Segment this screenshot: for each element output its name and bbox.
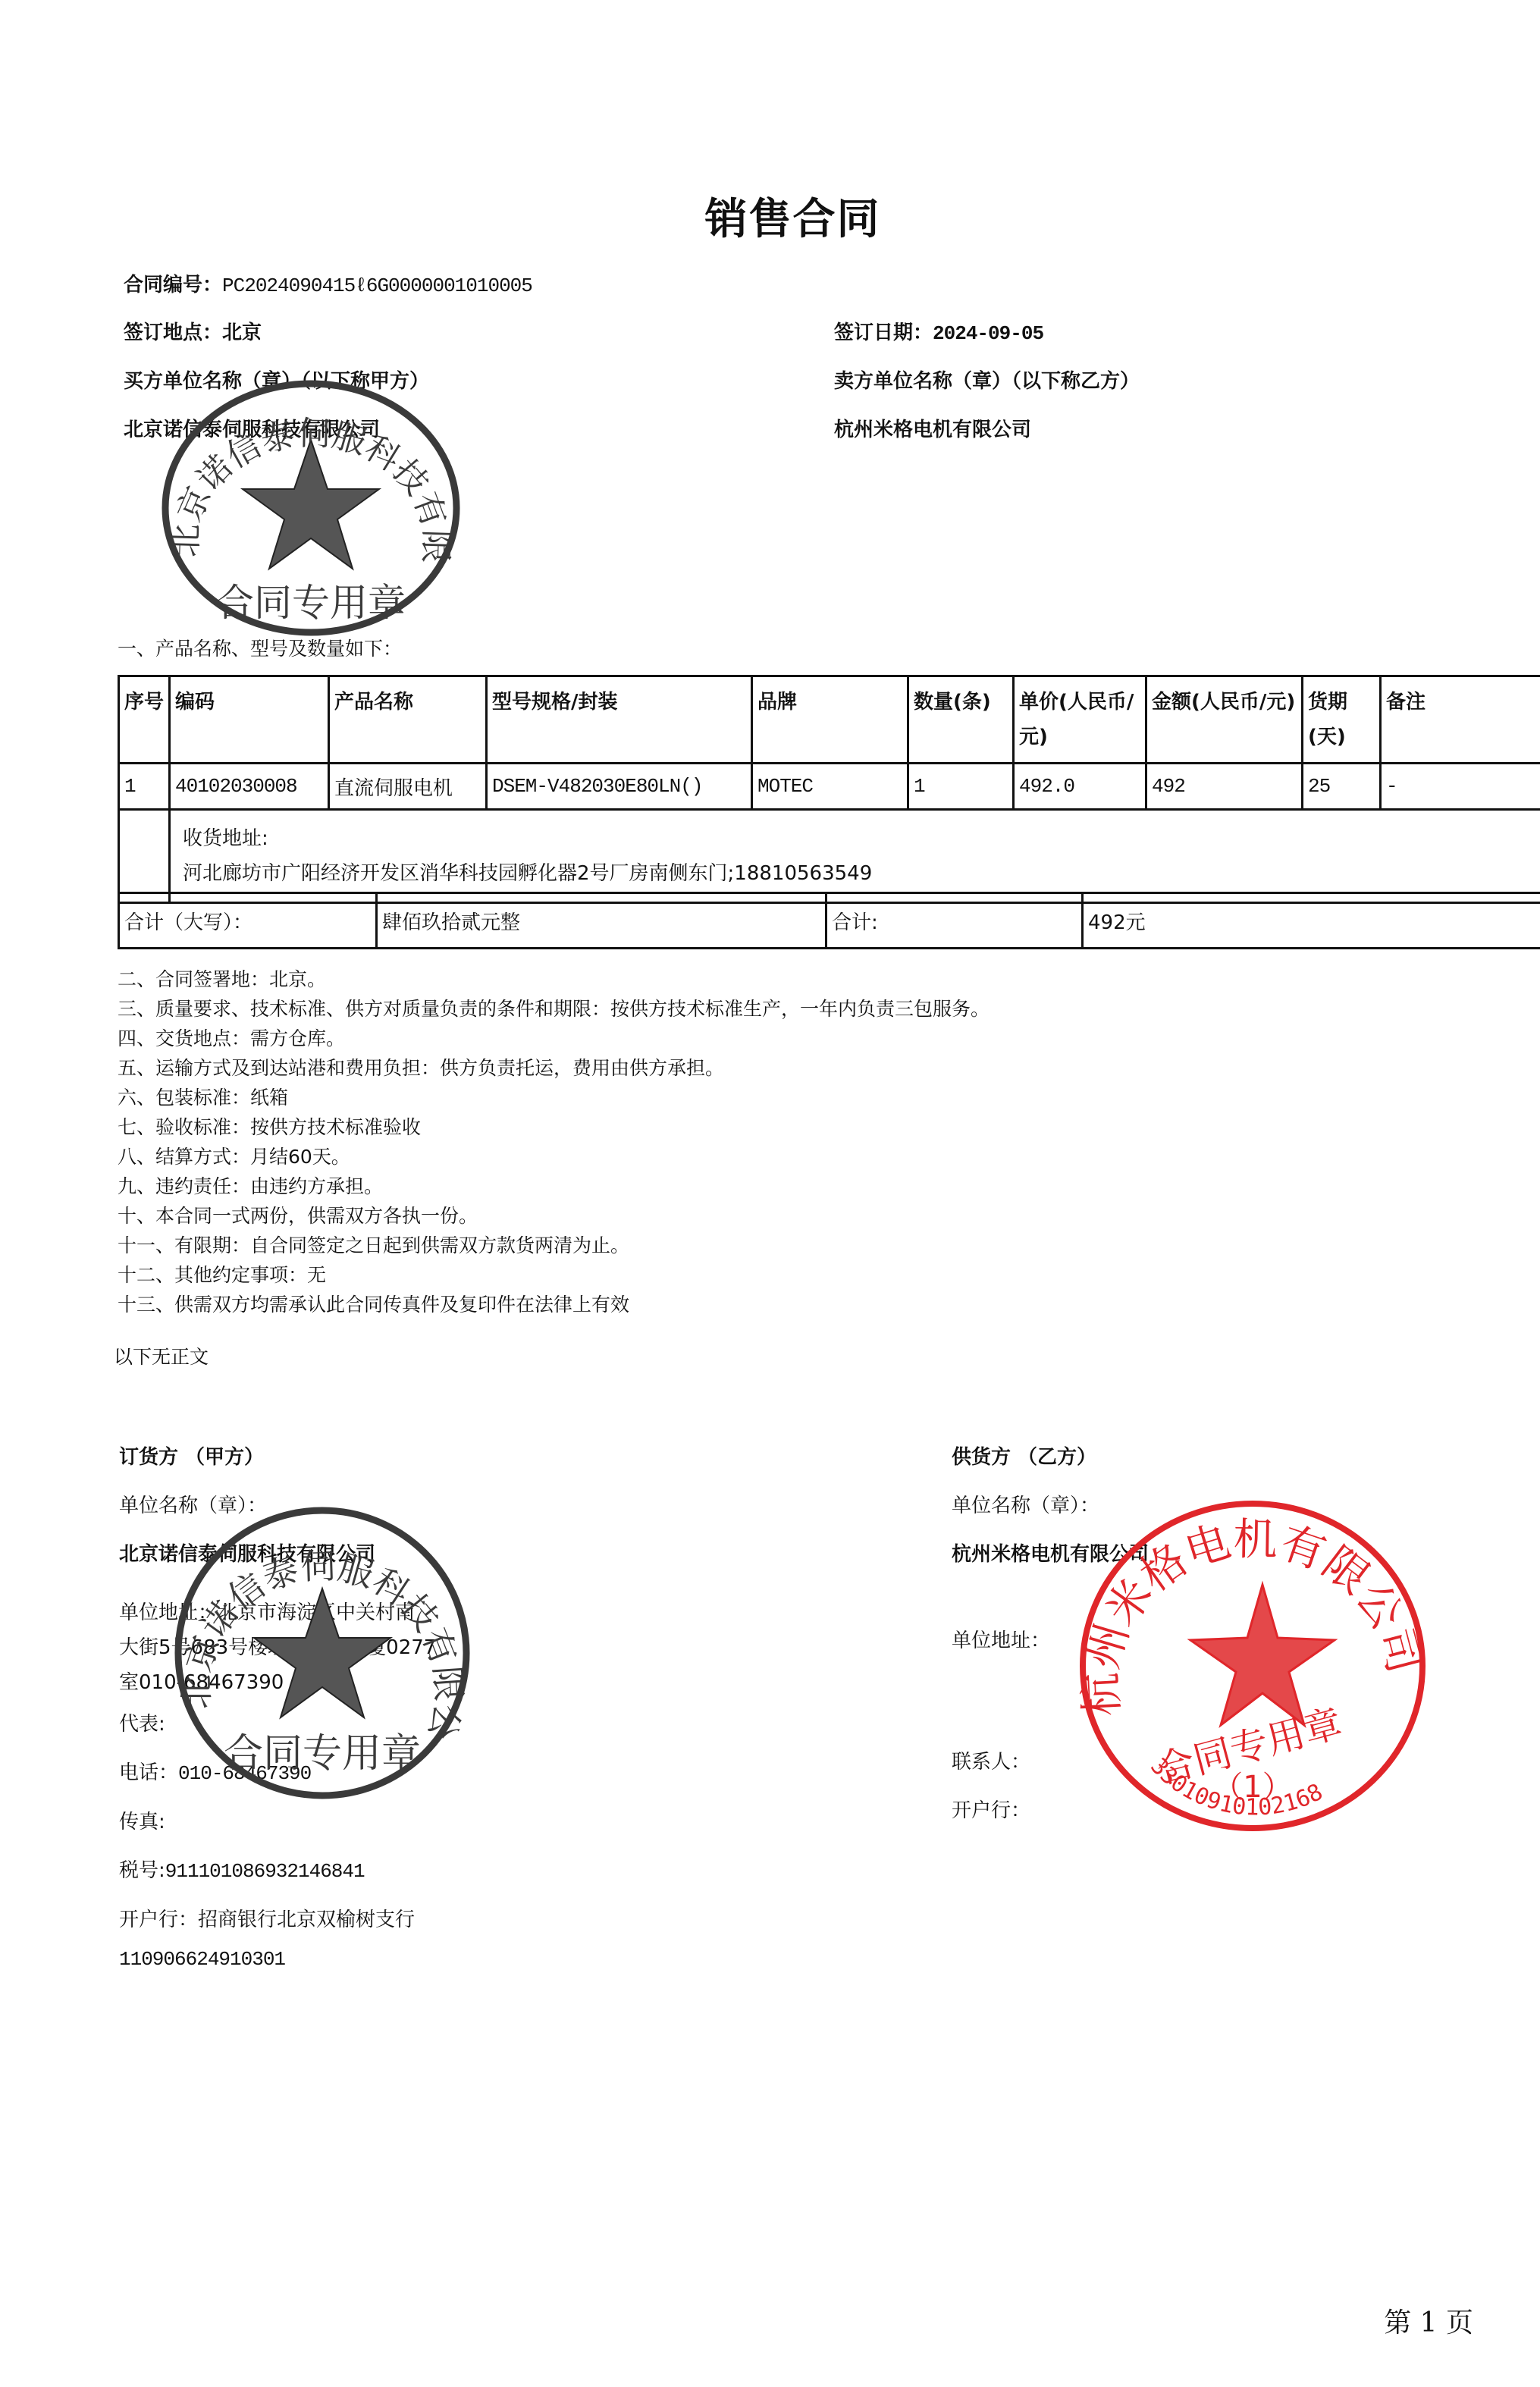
buyer-phone-value: 010-68467390 [178, 1762, 311, 1785]
sign-date: 签订日期：2024-09-05 [834, 317, 1043, 345]
header-remark: 备注 [1381, 676, 1540, 764]
clause-4: 四、交货地点：需方仓库。 [118, 1024, 990, 1053]
cell-unit-price: 492.0 [1014, 764, 1146, 810]
cell-amount: 492 [1146, 764, 1303, 810]
header-seq: 序号 [119, 676, 170, 764]
buyer-bank-value: 招商银行北京双榆树支行 [198, 1909, 415, 1931]
seller-bank-label: 开户行： [952, 1786, 1149, 1835]
header-model: 型号规格/封装 [487, 676, 752, 764]
clause-7: 七、验收标准：按供方技术标准验收 [118, 1112, 990, 1142]
header-code: 编码 [170, 676, 329, 764]
seller-address-label: 单位地址： [952, 1617, 1149, 1665]
buyer-address-line2: 大街5号683号楼理工科技大厦0277 [119, 1630, 436, 1665]
seller-contact-label: 联系人： [952, 1738, 1149, 1786]
sign-place-label: 签订地点： [124, 322, 222, 344]
seller-party-heading: 供货方 （乙方） [952, 1433, 1149, 1482]
contract-clauses: 二、合同签署地：北京。 三、质量要求、技术标准、供方对质量负责的条件和期限：按供… [118, 965, 990, 1319]
buyer-party-name-label: 单位名称（章）： [119, 1482, 436, 1530]
header-quantity: 数量(条) [908, 676, 1014, 764]
seller-party: 供货方 （乙方） 单位名称（章）： 杭州米格电机有限公司 单位地址： 联系人： … [952, 1433, 1149, 1835]
total-label: 合计: [826, 893, 1083, 949]
buyer-address-line1: 单位地址：北京市海淀区中关村南 [119, 1595, 436, 1630]
items-table: 序号 编码 产品名称 型号规格/封装 品牌 数量(条) 单价(人民币/元) 金额… [118, 675, 1540, 904]
header-unit-price: 单价(人民币/元) [1014, 676, 1146, 764]
cell-brand: MOTEC [752, 764, 908, 810]
delivery-row: 收货地址: 河北廊坊市广阳经济开发区消华科技园孵化器2号厂房南侧东门;18810… [119, 810, 1540, 903]
seller-party-name-label: 单位名称（章）： [952, 1482, 1149, 1530]
clause-9: 九、违约责任：由违约方承担。 [118, 1172, 990, 1201]
buyer-party-name: 北京诺信泰伺服科技有限公司 [119, 1530, 436, 1579]
sign-date-value: 2024-09-05 [933, 322, 1043, 345]
total-value: 492元 [1083, 893, 1540, 949]
clause-6: 六、包装标准：纸箱 [118, 1083, 990, 1112]
buyer-phone-label: 电话： [119, 1761, 178, 1784]
svg-text:北京诺信泰伺服科技有限公司: 北京诺信泰伺服科技有限公司 [159, 379, 456, 563]
header-amount: 金额(人民币/元) [1146, 676, 1303, 764]
clause-3: 三、质量要求、技术标准、供方对质量负责的条件和期限：按供方技术标准生产，一年内负… [118, 994, 990, 1024]
header-lead-time: 货期(天) [1303, 676, 1381, 764]
header-product-name: 产品名称 [329, 676, 487, 764]
cell-lead-time: 25 [1303, 764, 1381, 810]
buyer-rep-label: 代表: [119, 1700, 436, 1749]
seller-name: 杭州米格电机有限公司 [834, 414, 1031, 442]
cell-quantity: 1 [908, 764, 1014, 810]
sign-place: 签订地点：北京 [124, 317, 262, 345]
section-1-heading: 一、产品名称、型号及数量如下： [118, 634, 402, 661]
totals-row: 合计（大写）： 肆佰玖拾贰元整 合计: 492元 [119, 893, 1540, 949]
cell-remark: - [1381, 764, 1540, 810]
totals-table: 合计（大写）： 肆佰玖拾贰元整 合计: 492元 [118, 892, 1540, 949]
svg-text:合同专用章: 合同专用章 [1152, 1701, 1346, 1793]
contract-number-label: 合同编号： [124, 274, 222, 296]
clause-8: 八、结算方式：月结60天。 [118, 1142, 990, 1172]
cell-code: 40102030008 [170, 764, 329, 810]
buyer-phone: 电话：010-68467390 [119, 1749, 436, 1798]
table-row: 1 40102030008 直流伺服电机 DSEM-V482030E80LN()… [119, 764, 1540, 810]
sign-place-value: 北京 [222, 322, 262, 344]
cell-product-name: 直流伺服电机 [329, 764, 487, 810]
svg-text:33010910102168: 33010910102168 [1145, 1753, 1327, 1821]
seller-label: 卖方单位名称（章）（以下称乙方） [834, 365, 1140, 394]
buyer-party-heading: 订货方 （甲方） [119, 1433, 436, 1482]
buyer-name: 北京诺信泰伺服科技有限公司 [124, 414, 380, 442]
buyer-party: 订货方 （甲方） 单位名称（章）： 北京诺信泰伺服科技有限公司 单位地址：北京市… [119, 1433, 436, 1975]
buyer-account: 110906624910301 [119, 1944, 436, 1975]
clause-12: 十二、其他约定事项：无 [118, 1260, 990, 1290]
seller-party-name: 杭州米格电机有限公司 [952, 1530, 1149, 1579]
clause-10: 十、本合同一式两份，供需双方各执一份。 [118, 1201, 990, 1231]
table-header-row: 序号 编码 产品名称 型号规格/封装 品牌 数量(条) 单价(人民币/元) 金额… [119, 676, 1540, 764]
delivery-address-cell: 收货地址: 河北廊坊市广阳经济开发区消华科技园孵化器2号厂房南侧东门;18810… [170, 810, 1540, 903]
buyer-label: 买方单位名称（章）（以下称甲方） [124, 365, 429, 394]
buyer-address-line3: 室010-68467390 [119, 1665, 436, 1700]
delivery-address-label: 收货地址: [183, 821, 1540, 856]
end-note: 以下无正文 [114, 1342, 209, 1369]
contract-number-value: PC2024090415ℓ6G0000001010005 [222, 274, 532, 297]
clause-11: 十一、有限期：自合同签定之日起到供需双方款货两清为止。 [118, 1231, 990, 1260]
document-title: 销售合同 [0, 186, 1540, 246]
total-upper-label: 合计（大写）： [119, 893, 377, 949]
delivery-address: 河北廊坊市广阳经济开发区消华科技园孵化器2号厂房南侧东门;18810563549 [183, 856, 1540, 891]
cell-seq: 1 [119, 764, 170, 810]
buyer-bank: 开户行：招商银行北京双榆树支行 [119, 1896, 436, 1944]
clause-13: 十三、供需双方均需承认此合同传真件及复印件在法律上有效 [118, 1290, 990, 1319]
clause-2: 二、合同签署地：北京。 [118, 965, 990, 994]
header-brand: 品牌 [752, 676, 908, 764]
svg-text:合同专用章: 合同专用章 [216, 581, 406, 625]
total-upper-value: 肆佰玖拾贰元整 [377, 893, 826, 949]
sign-date-label: 签订日期： [834, 322, 933, 344]
buyer-bank-label: 开户行： [119, 1909, 198, 1931]
clause-5: 五、运输方式及到达站港和费用负担：供方负责托运，费用由供方承担。 [118, 1053, 990, 1083]
cell-model: DSEM-V482030E80LN() [487, 764, 752, 810]
buyer-fax-label: 传真: [119, 1798, 436, 1846]
contract-number: 合同编号：PC2024090415ℓ6G0000001010005 [124, 269, 532, 297]
buyer-tax-value: 911101086932146841 [165, 1860, 365, 1883]
buyer-tax-label: 税号: [119, 1859, 165, 1882]
page-number: 第 1 页 [1384, 2301, 1473, 2340]
svg-text:（1）: （1） [1212, 1770, 1292, 1805]
buyer-tax: 税号:911101086932146841 [119, 1846, 436, 1896]
delivery-spacer [119, 810, 170, 903]
